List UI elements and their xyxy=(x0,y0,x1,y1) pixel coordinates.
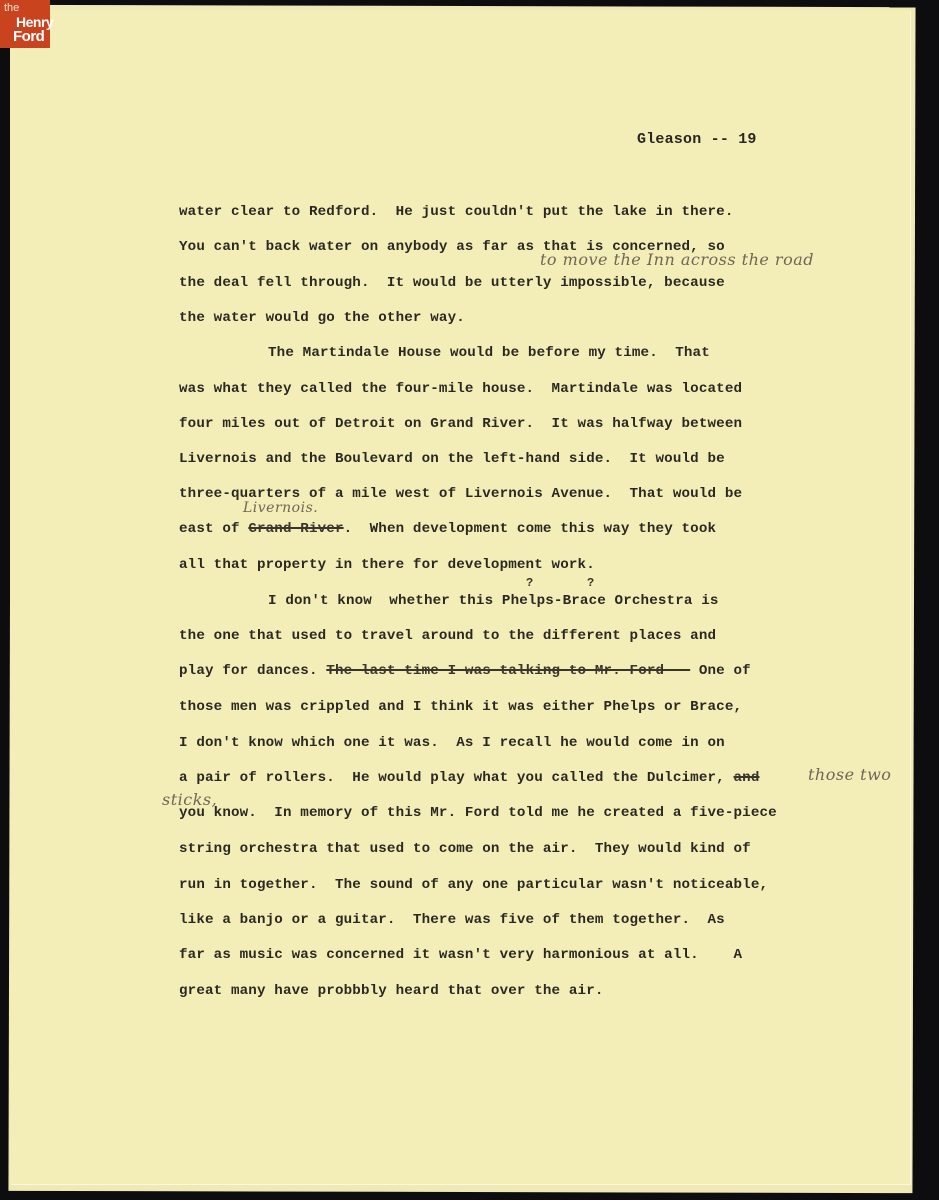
text-line: like a banjo or a guitar. There was five… xyxy=(179,912,725,928)
query-mark: ? xyxy=(587,576,594,590)
text-line: four miles out of Detroit on Grand River… xyxy=(179,416,742,432)
text-segment: play for dances. xyxy=(179,663,326,679)
text-line: you know. In memory of this Mr. Ford tol… xyxy=(179,805,777,821)
text-line-with-strike: a pair of rollers. He would play what yo… xyxy=(179,770,760,786)
text-segment: east of xyxy=(179,521,248,537)
text-line: run in together. The sound of any one pa… xyxy=(179,877,768,893)
text-line: I don't know which one it was. As I reca… xyxy=(179,735,725,751)
handwritten-sticks: sticks, xyxy=(162,790,217,809)
text-segment: a pair of rollers. He would play what yo… xyxy=(179,770,734,786)
text-line: the deal fell through. It would be utter… xyxy=(179,275,725,291)
text-line: Livernois and the Boulevard on the left-… xyxy=(179,451,725,467)
text-line: great many have probbbly heard that over… xyxy=(179,983,604,999)
handwritten-livernois: Livernois. xyxy=(243,500,318,516)
struck-text: and xyxy=(734,770,760,786)
text-line: string orchestra that used to come on th… xyxy=(179,841,751,857)
henry-ford-logo: the Henry Ford xyxy=(0,0,50,48)
text-line: water clear to Redford. He just couldn't… xyxy=(179,204,734,220)
text-line-with-strike: east of Grand River. When development co… xyxy=(179,521,716,537)
text-segment: . When development come this way they to… xyxy=(344,521,717,537)
text-line: far as music was concerned it wasn't ver… xyxy=(179,947,742,963)
text-line: the one that used to travel around to th… xyxy=(179,628,716,644)
paragraph-start-line: The Martindale House would be before my … xyxy=(179,345,710,361)
logo-ford: Ford xyxy=(13,29,44,44)
paragraph-start-line: I don't know whether this Phelps-Brace O… xyxy=(179,593,719,609)
handwritten-those-two: those two xyxy=(808,765,891,784)
struck-text: Grand River xyxy=(248,521,343,537)
text-line-with-strike: play for dances. The last time I was tal… xyxy=(179,663,751,679)
query-mark: ? xyxy=(526,576,533,590)
text-segment: One of xyxy=(690,663,751,679)
struck-text: The last time I was talking to Mr. Ford … xyxy=(326,663,690,679)
text-line: those men was crippled and I think it wa… xyxy=(179,699,742,715)
logo-henry: Henry xyxy=(16,15,53,29)
text-line: all that property in there for developme… xyxy=(179,557,595,573)
handwritten-insert-move-inn: to move the Inn across the road xyxy=(540,250,814,269)
page-header-label: Gleason -- 19 xyxy=(637,131,757,148)
logo-the: the xyxy=(4,3,19,14)
text-line: the water would go the other way. xyxy=(179,310,465,326)
text-line: was what they called the four-mile house… xyxy=(179,381,742,397)
